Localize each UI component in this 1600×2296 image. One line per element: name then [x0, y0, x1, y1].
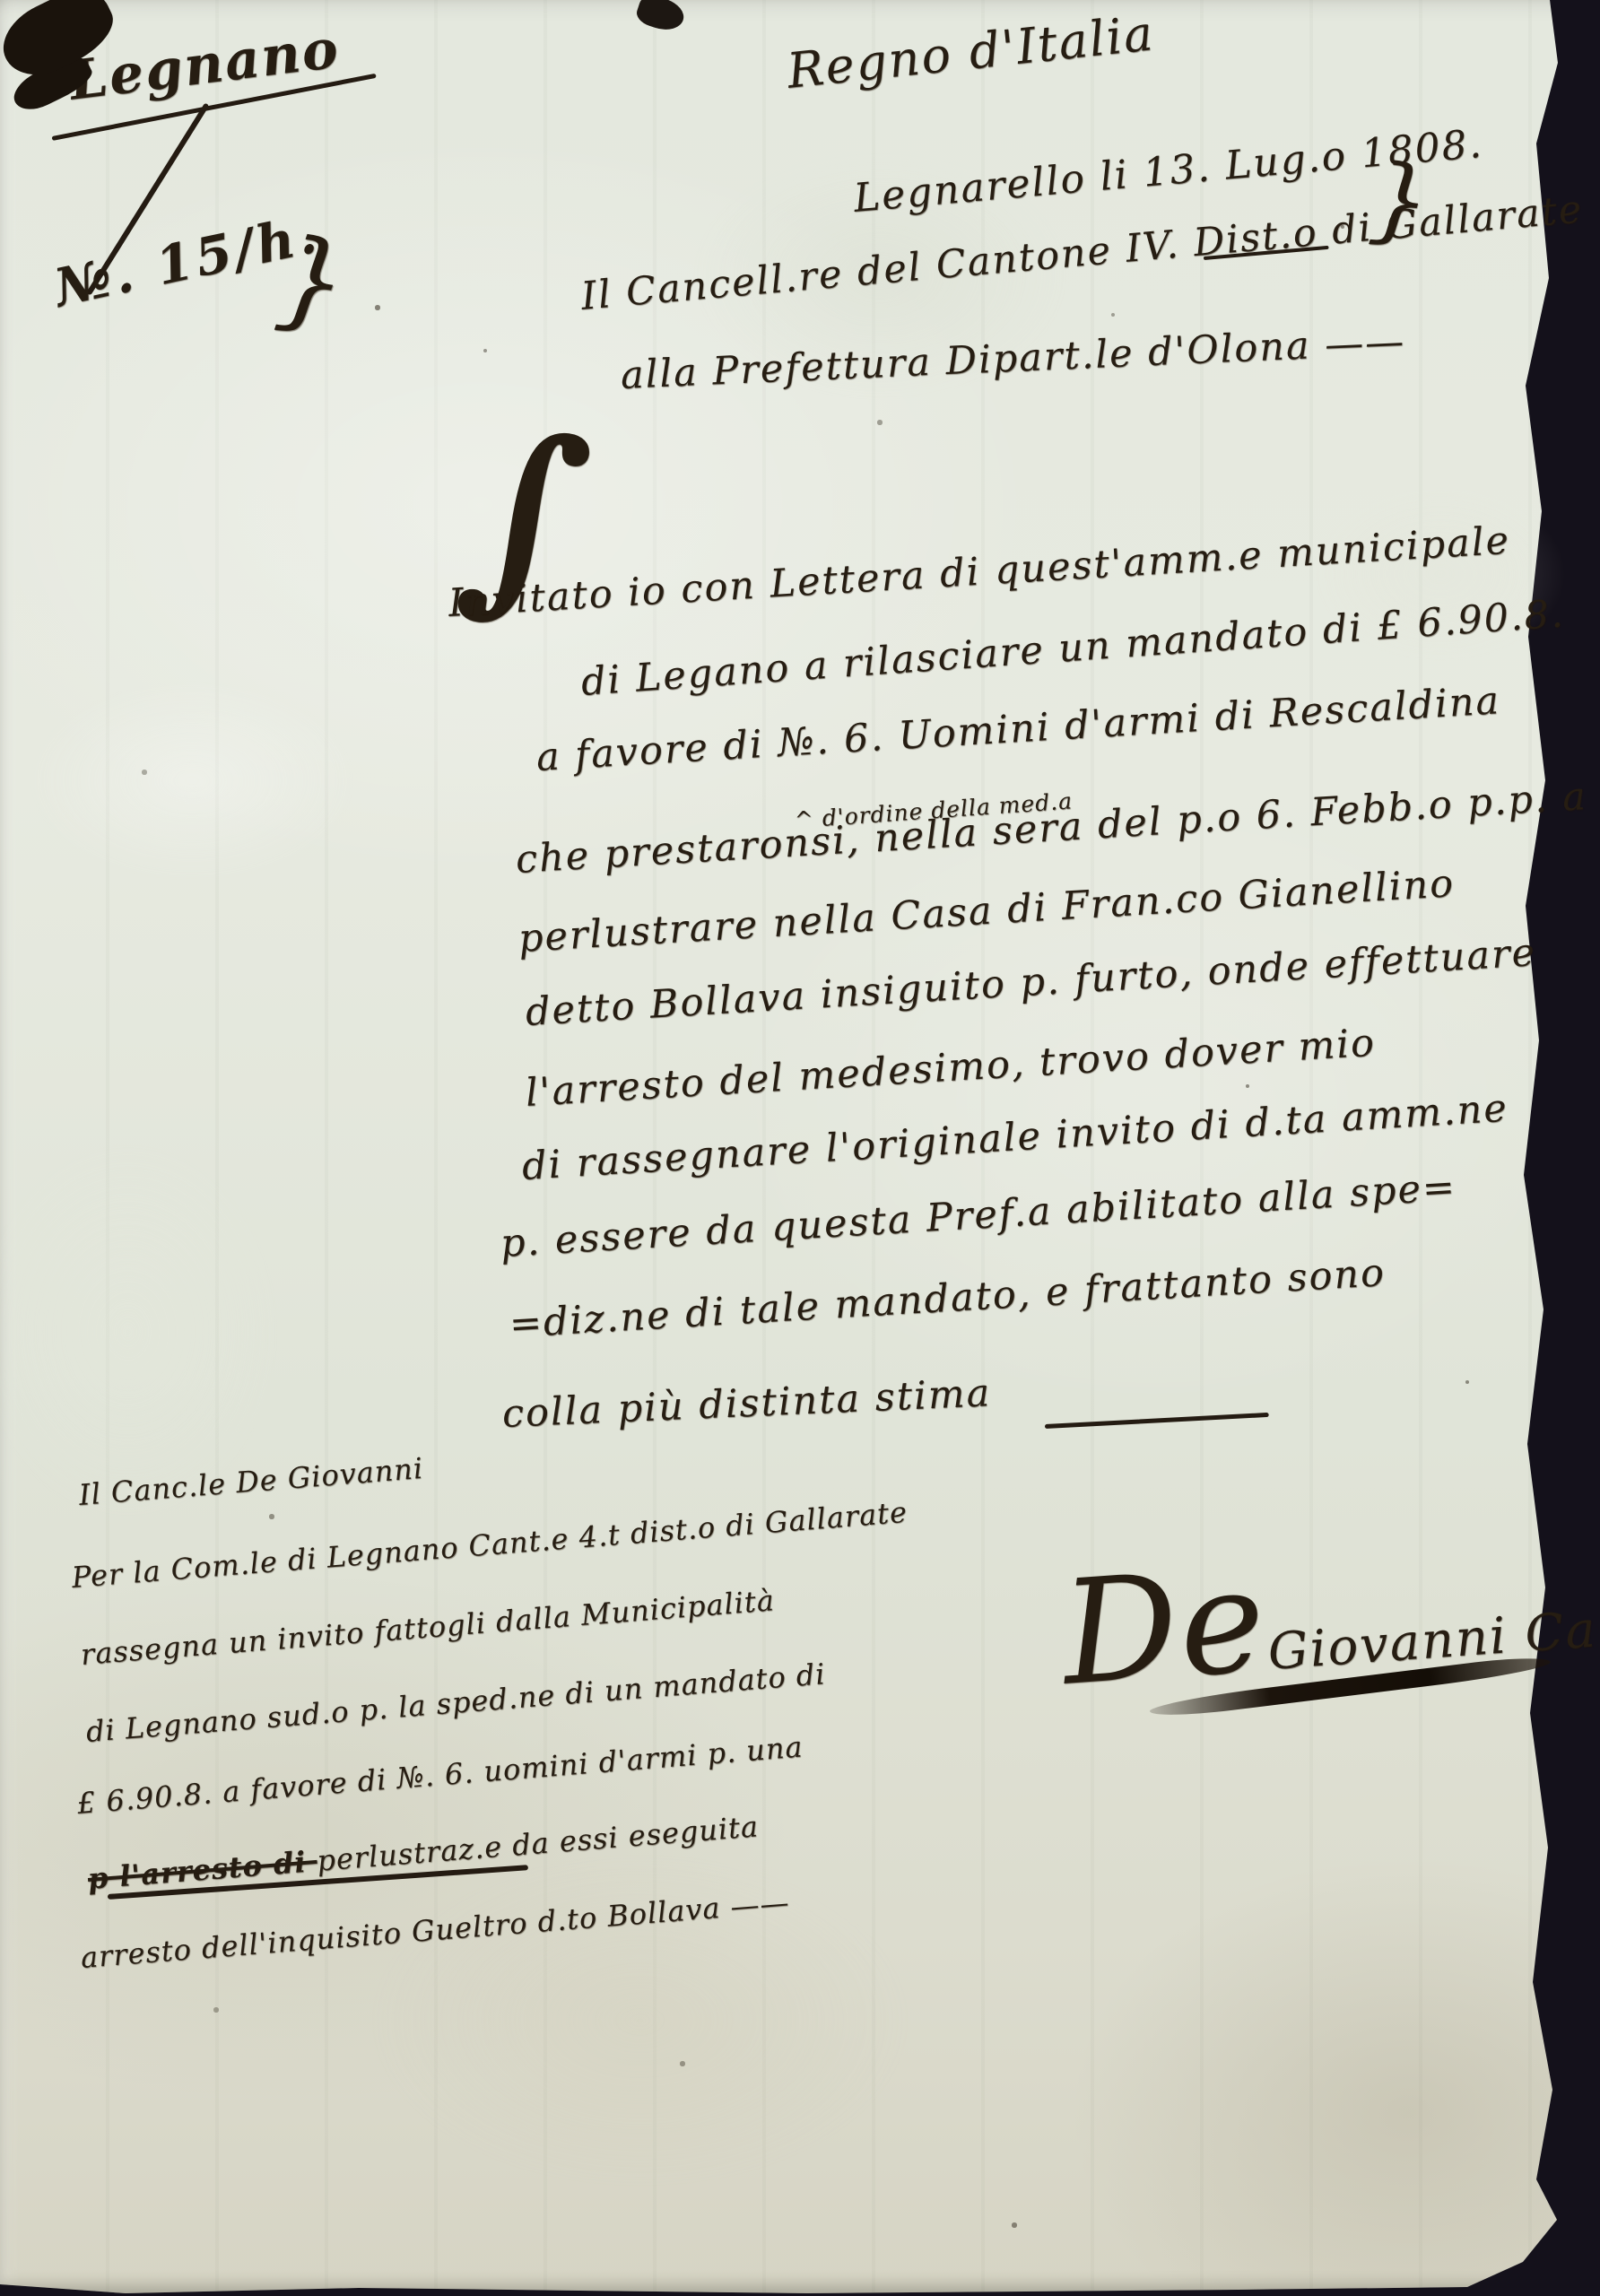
- paper-specks: [0, 0, 2, 2]
- scanned-manuscript-page: Legnano №. 15/h. } Regno d'Italia Legnar…: [0, 0, 1600, 2296]
- signature-initial: De: [1057, 1535, 1271, 1717]
